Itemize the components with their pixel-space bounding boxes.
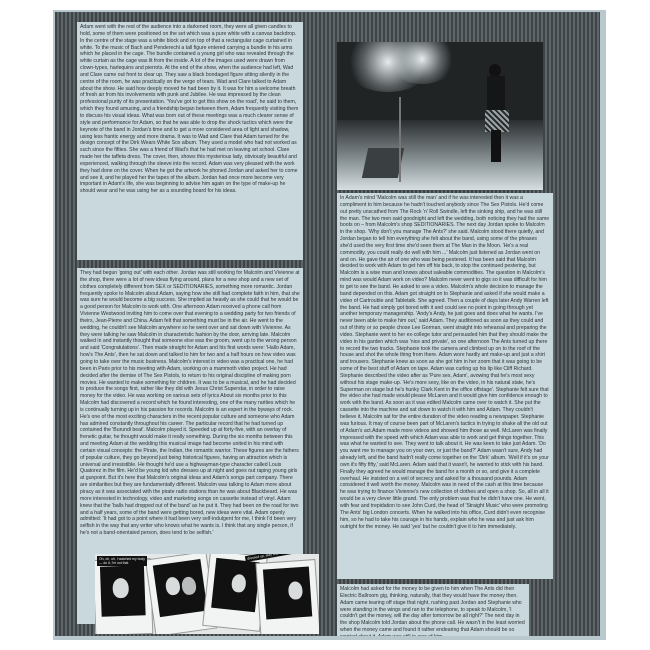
text-block-right: In Adam's mind 'Malcolm was still the ma… (337, 193, 553, 579)
handwritten-caption: dressed up, stay fine (245, 554, 293, 562)
handwritten-caption: Oh, oh, oh, I watched my body — do it, I… (97, 556, 147, 566)
mic-stand (399, 97, 401, 182)
amplifier (362, 148, 404, 178)
polaroid-collage: Oh, oh, oh, I watched my body — do it, I… (95, 554, 319, 634)
text-block-bottom-right: Malcolm had asked for the money to be gi… (337, 584, 529, 636)
magazine-page: Adam went with the rest of the audience … (53, 10, 606, 640)
performer (485, 64, 507, 164)
paragraph: They had begun 'going out' with each oth… (80, 270, 300, 537)
paragraph: Malcolm had asked for the money to be gi… (340, 586, 526, 636)
stage-performance-photo (337, 42, 543, 190)
polaroid-photo (95, 559, 152, 634)
paragraph: In Adam's mind 'Malcolm was still the ma… (340, 195, 550, 530)
text-block-top-left: Adam went with the rest of the audience … (77, 22, 303, 260)
paragraph: Adam went with the rest of the audience … (80, 24, 300, 195)
polaroid-photo (256, 560, 319, 634)
